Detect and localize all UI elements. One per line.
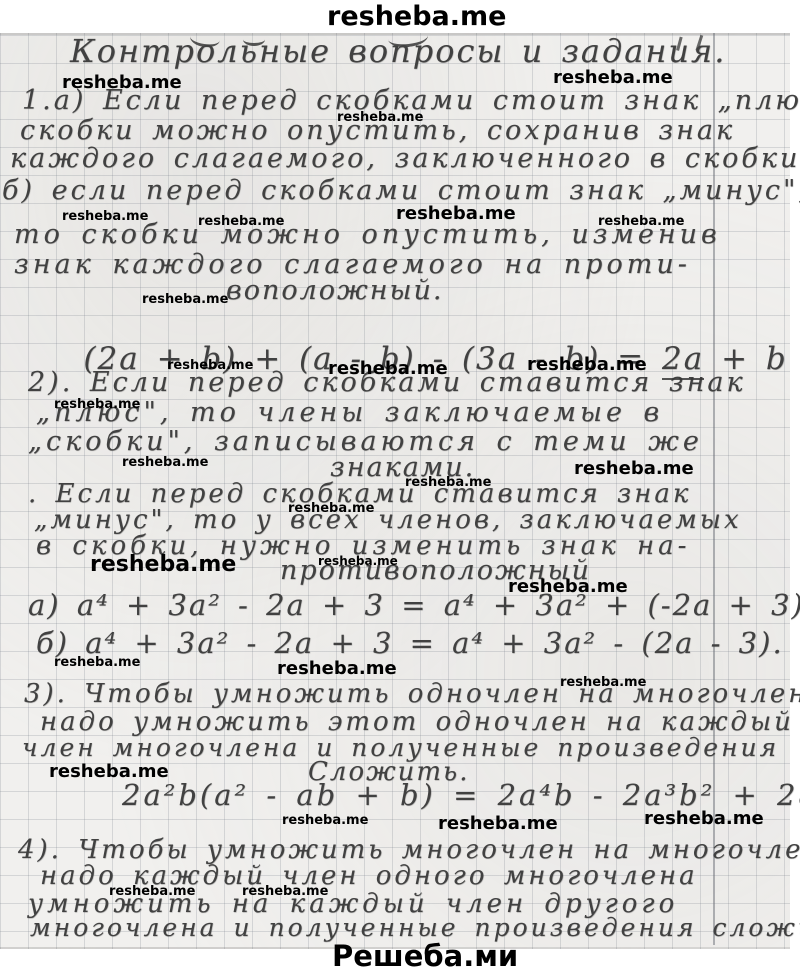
site-watermark: resheba.me xyxy=(405,476,491,489)
page-title: Контрольные вопросы и задания. xyxy=(70,34,726,69)
site-watermark: resheba.me xyxy=(327,3,506,30)
handwritten-line: 3). Чтобы умножить одночлен на многочлен xyxy=(24,680,800,709)
site-watermark: resheba.me xyxy=(553,69,673,87)
site-watermark: resheba.me xyxy=(198,215,284,228)
site-watermark: resheba.me xyxy=(337,111,423,124)
scanned-notebook-page: Контрольные вопросы и задания. 1.а) Если… xyxy=(0,0,800,975)
site-watermark: resheba.me xyxy=(277,660,397,678)
site-watermark: resheba.me xyxy=(49,763,169,781)
site-watermark: resheba.me xyxy=(142,293,228,306)
site-watermark: resheba.me xyxy=(318,555,398,567)
footer-brand: Решеба.ми xyxy=(332,942,518,971)
site-watermark: resheba.me xyxy=(574,460,694,478)
handwritten-line: воположный. xyxy=(226,276,444,306)
site-watermark: resheba.me xyxy=(598,215,684,228)
site-watermark: resheba.me xyxy=(54,656,140,669)
handwritten-line: многочлена и полученные произведения сло… xyxy=(30,914,800,942)
site-watermark: resheba.me xyxy=(527,356,647,374)
site-watermark: resheba.me xyxy=(62,74,182,92)
site-watermark: resheba.me xyxy=(282,814,368,827)
handwritten-line: б) a⁴ + 3a² - 2a + 3 = a⁴ + 3a² - (2a - … xyxy=(36,628,784,660)
site-watermark: resheba.me xyxy=(242,885,328,898)
site-watermark: resheba.me xyxy=(508,578,628,596)
site-watermark: resheba.me xyxy=(109,885,195,898)
formula-part: + b + a - b - xyxy=(704,341,800,377)
handwritten-line: б) если перед скобками стоит знак „минус… xyxy=(2,176,800,206)
handwritten-line: каждого слагаемого, заключенного в скобк… xyxy=(10,144,800,174)
handwritten-line: а) a⁴ + 3a² - 2a + 3 = a⁴ + 3a² + (-2a +… xyxy=(28,590,800,622)
site-watermark: resheba.me xyxy=(167,359,253,372)
site-watermark: resheba.me xyxy=(54,398,140,411)
site-watermark: resheba.me xyxy=(328,360,448,378)
site-watermark: resheba.me xyxy=(438,815,558,833)
formula-underlined-term: 2a xyxy=(662,341,704,380)
site-watermark: resheba.me xyxy=(644,810,764,828)
site-watermark: resheba.me xyxy=(122,456,208,469)
site-watermark: resheba.me xyxy=(396,205,516,223)
site-watermark: resheba.me xyxy=(62,210,148,223)
site-watermark: resheba.me xyxy=(90,554,236,576)
site-watermark: resheba.me xyxy=(560,676,646,689)
site-watermark: resheba.me xyxy=(288,502,374,515)
